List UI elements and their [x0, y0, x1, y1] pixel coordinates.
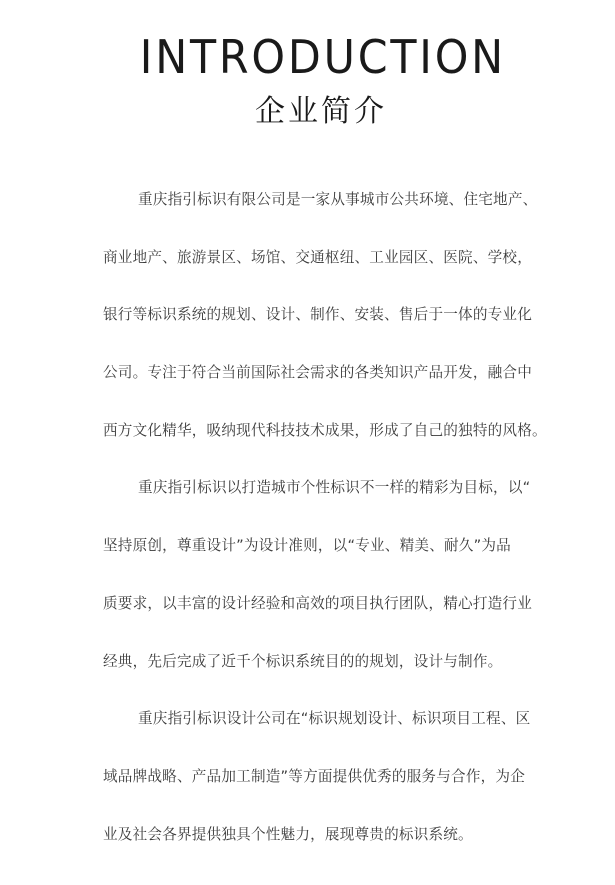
paragraph-company-goals: 重庆指引标识以打造城市个性标识不一样的精彩为目标，以“ 坚持原创，尊重设计”为设… [103, 474, 543, 705]
paragraph-line: 质要求，以丰富的设计经验和高效的项目执行团队，精心打造行业 [103, 590, 543, 648]
paragraph-line: 银行等标识系统的规划、设计、制作、安装、售后于一体的专业化 [103, 301, 543, 359]
paragraph-company-overview: 重庆指引标识有限公司是一家从事城市公共环境、住宅地产、 商业地产、旅游景区、场馆… [103, 186, 543, 474]
paragraph-line: 商业地产、旅游景区、场馆、交通枢纽、工业园区、医院、学校， [103, 244, 543, 302]
page-subtitle: 企业简介 [0, 93, 615, 131]
paragraph-line: 业及社会各界提供独具个性魅力，展现尊贵的标识系统。 [103, 821, 543, 879]
paragraph-line: 重庆指引标识设计公司在“标识规划设计、标识项目工程、区 [103, 705, 543, 763]
page-title: INTRODUCTION [0, 30, 615, 84]
paragraph-line: 坚持原创，尊重设计”为设计准则，以“专业、精美、耐久”为品 [103, 532, 543, 590]
introduction-body: 重庆指引标识有限公司是一家从事城市公共环境、住宅地产、 商业地产、旅游景区、场馆… [103, 186, 543, 878]
paragraph-line: 重庆指引标识有限公司是一家从事城市公共环境、住宅地产、 [103, 186, 543, 244]
paragraph-line: 重庆指引标识以打造城市个性标识不一样的精彩为目标，以“ [103, 474, 543, 532]
paragraph-line: 公司。专注于符合当前国际社会需求的各类知识产品开发，融合中 [103, 359, 543, 417]
paragraph-line: 西方文化精华，吸纳现代科技技术成果，形成了自己的独特的风格。 [103, 417, 543, 475]
paragraph-line: 域品牌战略、产品加工制造”等方面提供优秀的服务与合作，为企 [103, 763, 543, 821]
page-title-text: INTRODUCTION [139, 30, 505, 84]
paragraph-company-services: 重庆指引标识设计公司在“标识规划设计、标识项目工程、区 域品牌战略、产品加工制造… [103, 705, 543, 878]
paragraph-line: 经典，先后完成了近千个标识系统目的的规划，设计与制作。 [103, 648, 543, 706]
